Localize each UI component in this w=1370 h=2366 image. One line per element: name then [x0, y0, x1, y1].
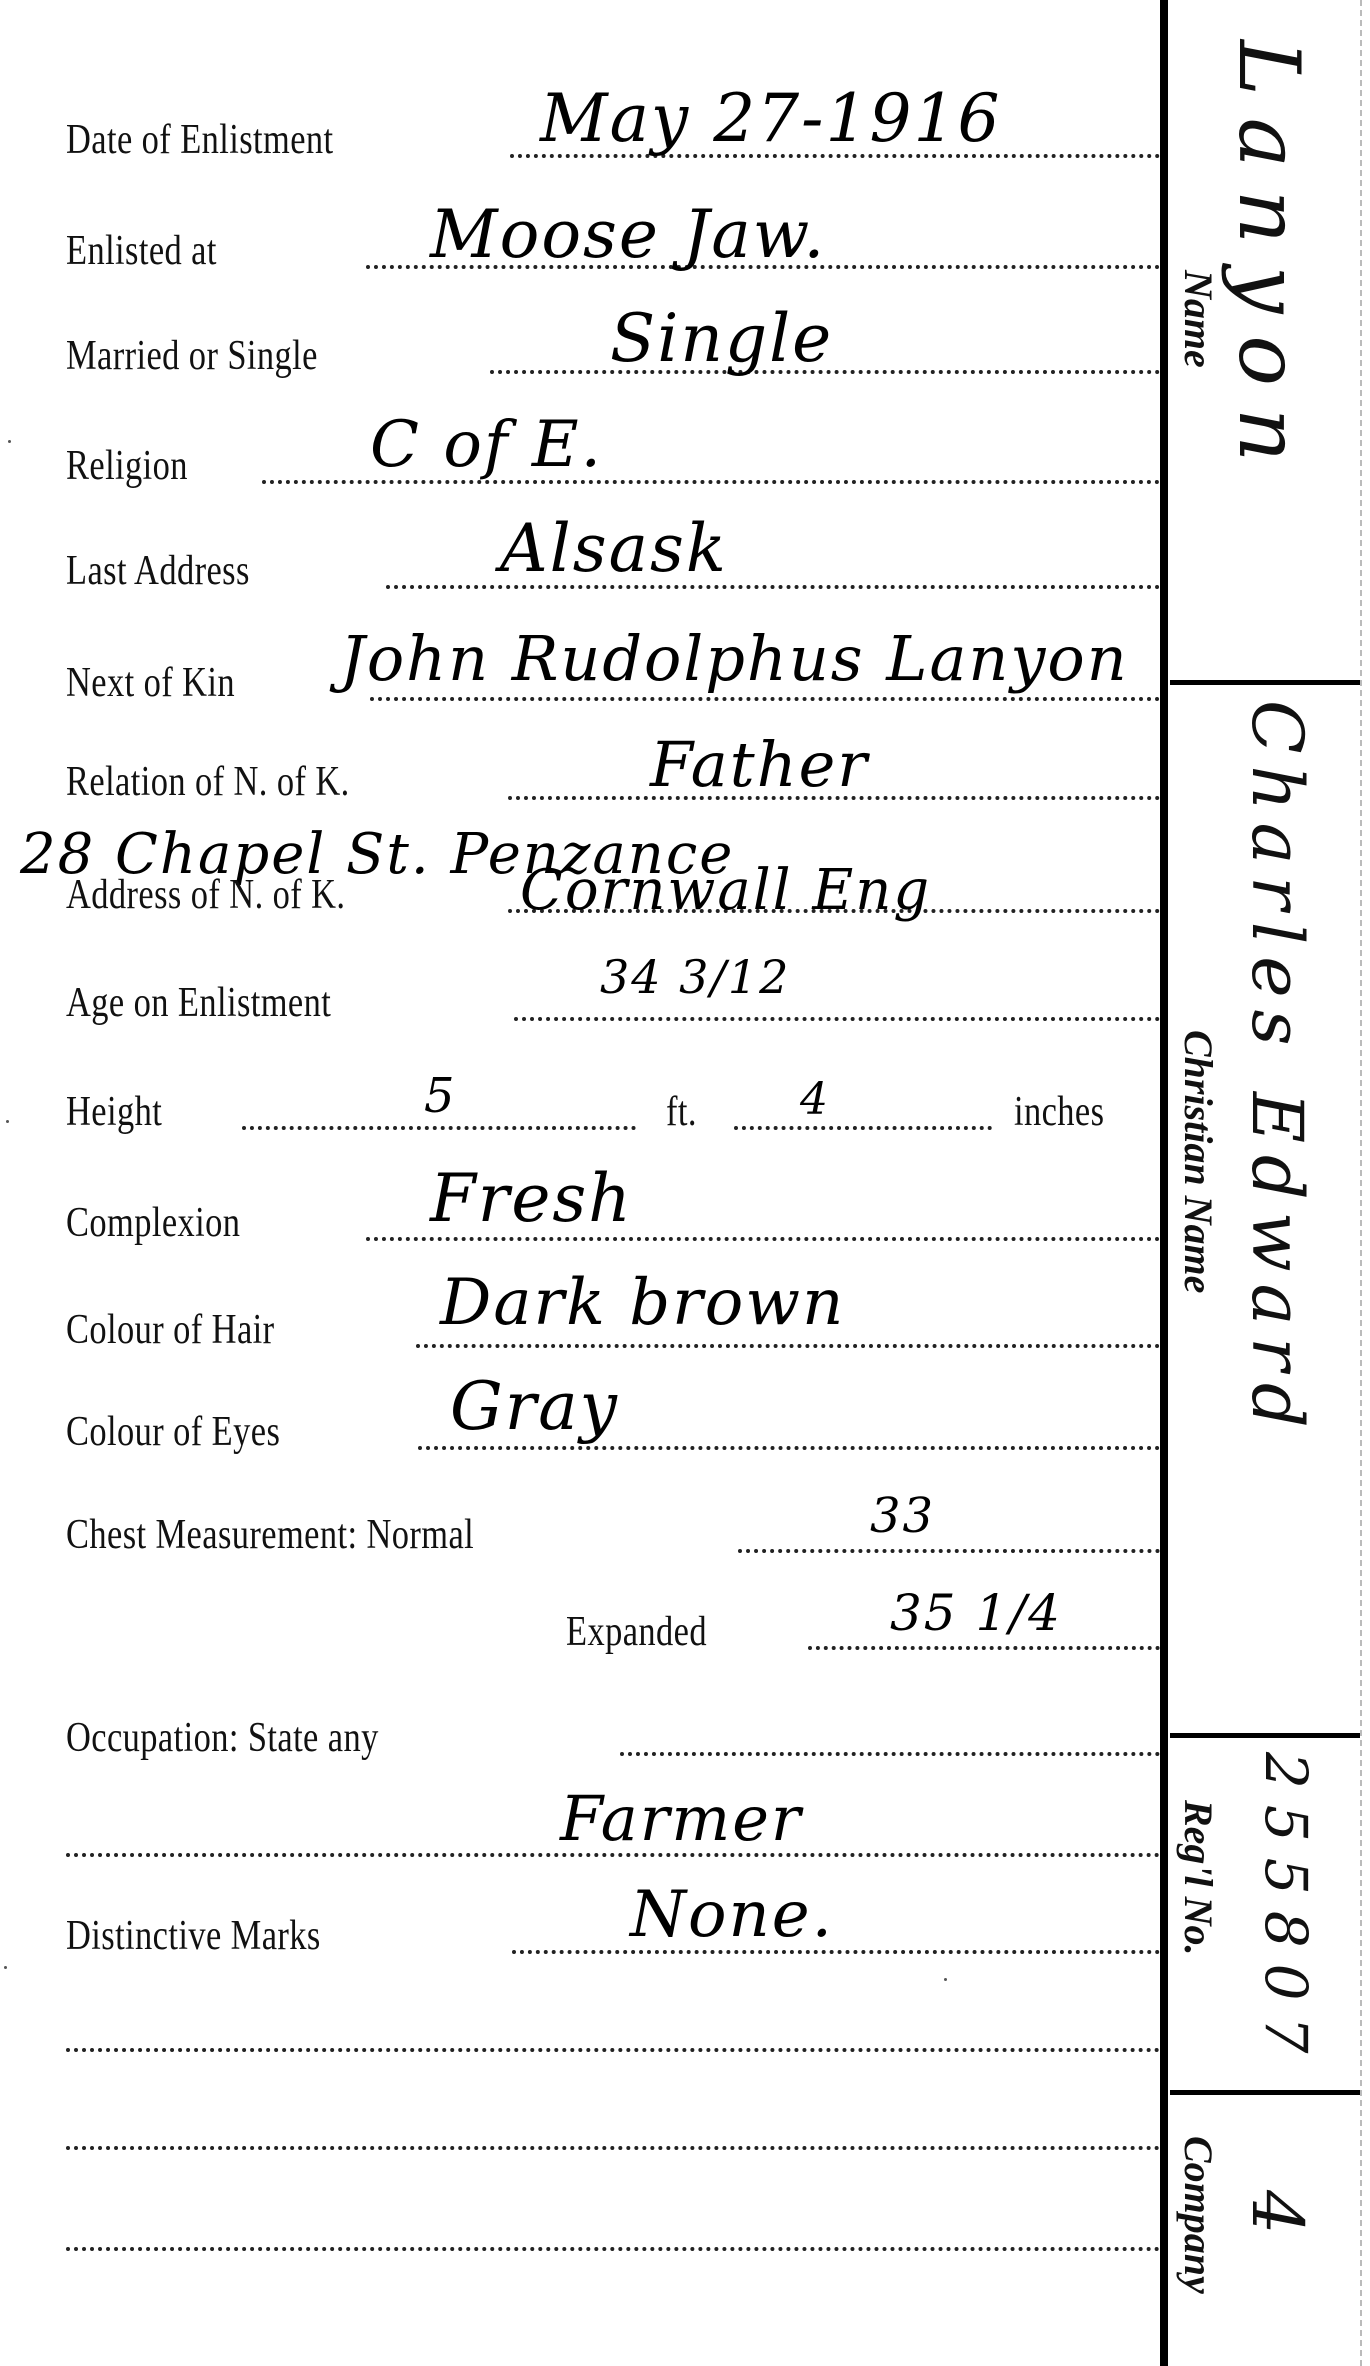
regt-no-label: Reg'l No. [1175, 1800, 1222, 1956]
field-value-religion[interactable]: C of E. [370, 408, 603, 482]
field-label: Distinctive Marks [66, 1912, 321, 1960]
field-label: Complexion [66, 1199, 240, 1247]
field-label: Next of Kin [66, 659, 235, 707]
christian-name-label: Christian Name [1175, 1030, 1222, 1293]
field-relation-of-next-of-kin: Relation of N. of K. [66, 748, 1160, 808]
panel-edge [1360, 0, 1362, 2366]
blank-line-3[interactable] [66, 2199, 1160, 2259]
dotted-line [738, 1549, 1160, 1553]
field-value-chest-expanded[interactable]: 35 1/4 [890, 1584, 1062, 1642]
field-value-age-on-enlistment[interactable]: 34 3/12 [600, 950, 790, 1004]
field-label: Enlisted at [66, 227, 217, 275]
field-label: Last Address [66, 547, 250, 595]
height-unit-ft: ft. [666, 1088, 697, 1136]
scan-speck [6, 1120, 9, 1123]
scan-speck [4, 1966, 7, 1969]
field-value-enlisted-at[interactable]: Moose Jaw. [430, 196, 826, 273]
name-value[interactable]: Lanyon [1220, 40, 1318, 484]
field-label: Height [66, 1088, 162, 1136]
field-height: Height ft. inches [66, 1078, 1160, 1138]
field-label: Address of N. of K. [66, 871, 345, 919]
dotted-line [620, 1752, 1160, 1756]
field-chest-normal: Chest Measurement: Normal [66, 1501, 1160, 1561]
field-value-date-of-enlistment[interactable]: May 27-1916 [540, 80, 1001, 157]
field-label: Relation of N. of K. [66, 758, 350, 806]
field-label: Occupation: State any [66, 1714, 379, 1762]
panel-divider [1160, 0, 1168, 2366]
christian-name-value[interactable]: Charles Edward [1236, 700, 1318, 1440]
field-label: Chest Measurement: Normal [66, 1511, 474, 1559]
dotted-line [66, 2048, 1160, 2052]
field-value-height-inches[interactable]: 4 [800, 1074, 830, 1125]
name-label: Name [1175, 270, 1222, 368]
dotted-line-feet [242, 1126, 636, 1130]
company-label: Company [1175, 2136, 1222, 2294]
field-value-colour-of-eyes[interactable]: Gray [450, 1368, 619, 1445]
blank-line-1[interactable] [66, 2000, 1160, 2060]
field-label: Colour of Eyes [66, 1408, 280, 1456]
dotted-line [512, 1950, 1160, 1954]
field-value-address-of-next-of-kin[interactable]: Cornwall Eng [520, 858, 931, 923]
field-label: Date of Enlistment [66, 116, 334, 164]
dotted-line [66, 2247, 1160, 2251]
scan-speck [944, 1978, 947, 1981]
field-value-distinctive-marks[interactable]: None. [630, 1878, 834, 1952]
blank-line-2[interactable] [66, 2098, 1160, 2158]
field-religion: Religion [66, 432, 1160, 492]
field-label: Colour of Hair [66, 1306, 275, 1354]
height-unit-inches: inches [1014, 1088, 1104, 1136]
dotted-line [366, 1237, 1160, 1241]
scan-speck [8, 440, 11, 443]
dotted-line [416, 1344, 1160, 1348]
field-label: Expanded [566, 1608, 707, 1656]
field-value-height-feet[interactable]: 5 [424, 1068, 457, 1124]
dotted-line [514, 1017, 1160, 1021]
section-divider-regt-no [1170, 2090, 1360, 2095]
dotted-line [418, 1446, 1160, 1450]
field-label: Married or Single [66, 332, 318, 380]
section-divider-christian-name [1170, 1733, 1360, 1738]
field-value-last-address[interactable]: Alsask [500, 510, 728, 587]
field-distinctive-marks: Distinctive Marks [66, 1902, 1160, 1962]
field-value-chest-normal[interactable]: 33 [870, 1488, 935, 1544]
field-value-relation-of-next-of-kin[interactable]: Father [650, 728, 869, 801]
dotted-line [808, 1646, 1160, 1650]
dotted-line [66, 2146, 1160, 2150]
dotted-line-inches [734, 1126, 992, 1130]
field-occupation: Occupation: State any [66, 1704, 1160, 1764]
field-label: Religion [66, 442, 188, 490]
field-label: Age on Enlistment [66, 979, 331, 1027]
field-value-colour-of-hair[interactable]: Dark brown [440, 1266, 845, 1340]
field-value-married-or-single[interactable]: Single [610, 300, 833, 377]
regt-no-value[interactable]: 255807 [1252, 1752, 1320, 2069]
company-value[interactable]: 4 [1236, 2190, 1318, 2241]
field-value-next-of-kin[interactable]: John Rudolphus Lanyon [340, 622, 1129, 695]
field-value-occupation[interactable]: Farmer [560, 1782, 803, 1855]
dotted-line [370, 697, 1160, 701]
section-divider-name [1170, 680, 1360, 685]
field-value-complexion[interactable]: Fresh [430, 1160, 633, 1237]
